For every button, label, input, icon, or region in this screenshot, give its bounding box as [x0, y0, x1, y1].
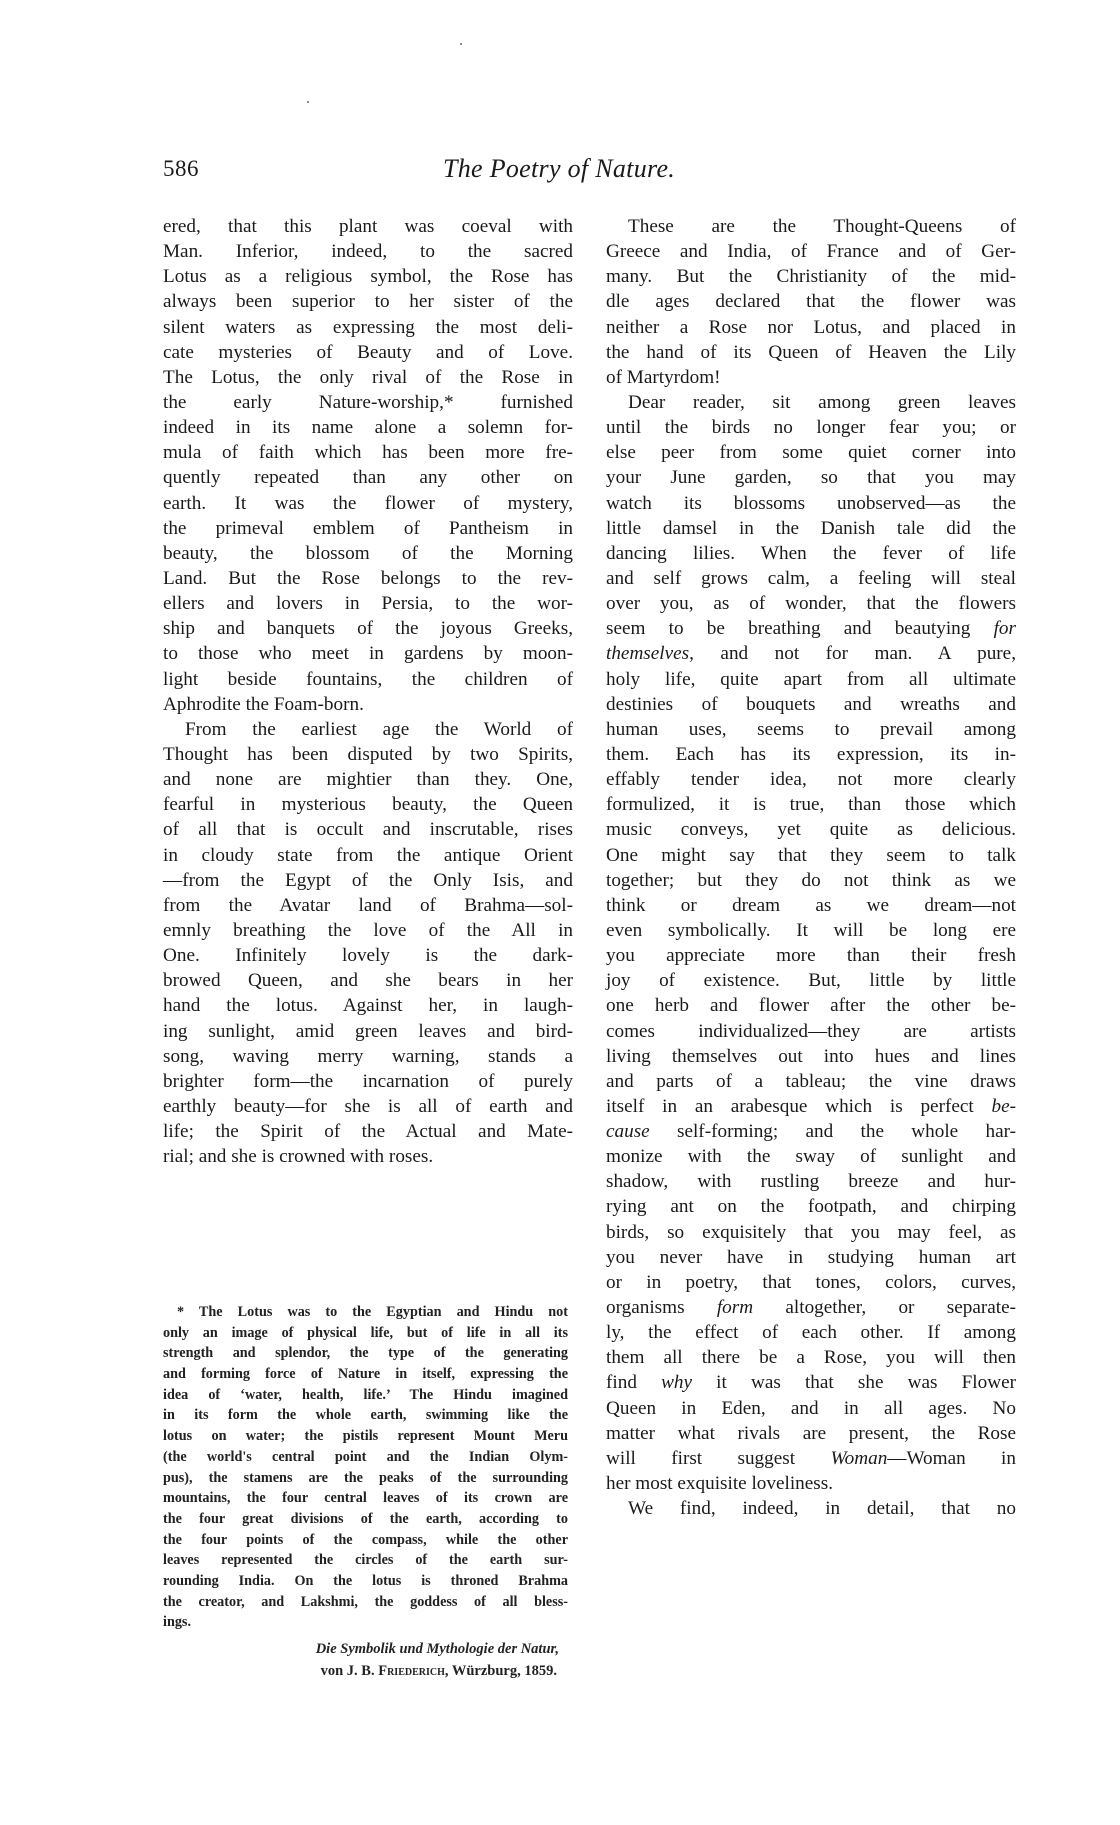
running-head: 586 The Poetry of Nature. — [163, 156, 1020, 188]
text-line: them all there be a Rose, you will then — [606, 1345, 1016, 1370]
text-line: to those who meet in gardens by moon- — [163, 641, 573, 666]
text-line: human uses, seems to prevail among — [606, 717, 1016, 742]
right-column: These are the Thought-Queens of Greece a… — [606, 214, 1016, 1521]
text-line: Man. Inferior, indeed, to the sacred — [163, 239, 573, 264]
footnote-line: the four great divisions of the earth, a… — [163, 1509, 568, 1530]
footnote-line: (the world's central point and the India… — [163, 1447, 568, 1468]
text-line: living themselves out into hues and line… — [606, 1044, 1016, 1069]
text-line: even symbolically. It will be long ere — [606, 918, 1016, 943]
text-line: shadow, with rustling breeze and hur- — [606, 1169, 1016, 1194]
footnote-line: leaves represented the circles of the ea… — [163, 1550, 568, 1571]
text-line: The Lotus, the only rival of the Rose in — [163, 365, 573, 390]
footnote-line: in its form the whole earth, swimming li… — [163, 1405, 568, 1426]
text-line: effably tender idea, not more clearly — [606, 767, 1016, 792]
running-title: The Poetry of Nature. — [443, 154, 675, 184]
text-line: over you, as of wonder, that the flowers — [606, 591, 1016, 616]
citation-author-suffix: , Würzburg, 1859. — [445, 1663, 557, 1679]
text-line: hand the lotus. Against her, in laugh- — [163, 993, 573, 1018]
italic-run: form — [717, 1297, 753, 1318]
text-run: altogether, or separate- — [753, 1297, 1016, 1318]
footnote-line: * The Lotus was to the Egyptian and Hind… — [163, 1302, 568, 1323]
text-run: itself in an arabesque which is perfect — [606, 1096, 974, 1117]
scan-speck — [307, 101, 309, 103]
text-line: find why it was that she was Flower — [606, 1370, 1016, 1395]
text-line: Greece and India, of France and of Ger- — [606, 239, 1016, 264]
footnote: * The Lotus was to the Egyptian and Hind… — [163, 1302, 568, 1633]
page-number: 586 — [163, 156, 199, 182]
text-line: mula of faith which has been more fre- — [163, 440, 573, 465]
text-line: of all that is occult and inscrutable, r… — [163, 817, 573, 842]
text-line: One might say that they seem to talk — [606, 843, 1016, 868]
text-line: them. Each has its expression, its in- — [606, 742, 1016, 767]
text-line: joy of existence. But, little by little — [606, 968, 1016, 993]
text-line: dle ages declared that the flower was — [606, 289, 1016, 314]
text-line: always been superior to her sister of th… — [163, 289, 573, 314]
text-line: of Martyrdom! — [606, 365, 1016, 390]
text-line: monize with the sway of sunlight and — [606, 1144, 1016, 1169]
text-run: it was that she was Flower — [692, 1372, 1016, 1393]
paragraph-start: From the earliest age the World of — [163, 717, 573, 742]
text-line: fearful in mysterious beauty, the Queen — [163, 792, 573, 817]
footnote-line: idea of ‘water, health, life.’ The Hindu… — [163, 1385, 568, 1406]
citation-title: Die Symbolik und Mythologie der Natur, — [163, 1638, 563, 1660]
text-line: else peer from some quiet corner into — [606, 440, 1016, 465]
footnote-citation: Die Symbolik und Mythologie der Natur, v… — [163, 1638, 563, 1682]
text-line: and parts of a tableau; the vine draws — [606, 1069, 1016, 1094]
text-run: organisms — [606, 1297, 717, 1318]
paragraph-start: These are the Thought-Queens of — [606, 214, 1016, 239]
text-line: and none are mightier than they. One, — [163, 767, 573, 792]
text-line: watch its blossoms unobserved—as the — [606, 491, 1016, 516]
text-run: will first suggest — [606, 1448, 830, 1469]
scan-speck — [460, 43, 462, 45]
text-line: neither a Rose nor Lotus, and placed in — [606, 315, 1016, 340]
text-line: your June garden, so that you may — [606, 465, 1016, 490]
text-line: think or dream as we dream—not — [606, 893, 1016, 918]
text-line: or in poetry, that tones, colors, curves… — [606, 1270, 1016, 1295]
text-line: holy life, quite apart from all ultimate — [606, 667, 1016, 692]
text-line: earthly beauty—for she is all of earth a… — [163, 1094, 573, 1119]
text-line: life; the Spirit of the Actual and Mate- — [163, 1119, 573, 1144]
text-line: ered, that this plant was coeval with — [163, 214, 573, 239]
text-line: browed Queen, and she bears in her — [163, 968, 573, 993]
text-line: will first suggest Woman—Woman in — [606, 1446, 1016, 1471]
citation-author-name: Friederich — [378, 1663, 445, 1679]
paragraph-start: Dear reader, sit among green leaves — [606, 390, 1016, 415]
text-line: the primeval emblem of Pantheism in — [163, 516, 573, 541]
text-line: —from the Egypt of the Only Isis, and — [163, 868, 573, 893]
text-line: Thought has been disputed by two Spirits… — [163, 742, 573, 767]
italic-run: cause — [606, 1121, 650, 1142]
text-line: itself in an arabesque which is perfect … — [606, 1094, 1016, 1119]
text-line: birds, so exquisitely that you may feel,… — [606, 1220, 1016, 1245]
text-line: Lotus as a religious symbol, the Rose ha… — [163, 264, 573, 289]
text-line: Queen in Eden, and in all ages. No — [606, 1396, 1016, 1421]
text-line: light beside fountains, the children of — [163, 667, 573, 692]
text-line: rial; and she is crowned with roses. — [163, 1144, 573, 1169]
text-line: and self grows calm, a feeling will stea… — [606, 566, 1016, 591]
italic-run: themselves — [606, 643, 689, 664]
text-line: cause self-forming; and the whole har- — [606, 1119, 1016, 1144]
left-column: ered, that this plant was coeval with Ma… — [163, 214, 573, 1169]
text-line: organisms form altogether, or separate- — [606, 1295, 1016, 1320]
footnote-line: lotus on water; the pistils represent Mo… — [163, 1426, 568, 1447]
text-line: comes individualized—they are artists — [606, 1019, 1016, 1044]
text-line: together; but they do not think as we — [606, 868, 1016, 893]
text-line: you appreciate more than their fresh — [606, 943, 1016, 968]
text-line: until the birds no longer fear you; or — [606, 415, 1016, 440]
paragraph-start: We find, indeed, in detail, that no — [606, 1496, 1016, 1521]
footnote-line: the creator, and Lakshmi, the goddess of… — [163, 1592, 568, 1613]
text-line: you never have in studying human art — [606, 1245, 1016, 1270]
text-line: the hand of its Queen of Heaven the Lily — [606, 340, 1016, 365]
text-line: from the Avatar land of Brahma—sol- — [163, 893, 573, 918]
footnote-line: pus), the stamens are the peaks of the s… — [163, 1468, 568, 1489]
text-line: ship and banquets of the joyous Greeks, — [163, 616, 573, 641]
text-line: song, waving merry warning, stands a — [163, 1044, 573, 1069]
text-line: dancing lilies. When the fever of life — [606, 541, 1016, 566]
text-line: ing sunlight, amid green leaves and bird… — [163, 1019, 573, 1044]
footnote-line: only an image of physical life, but of l… — [163, 1323, 568, 1344]
footnote-line: rounding India. On the lotus is throned … — [163, 1571, 568, 1592]
italic-run: be- — [992, 1096, 1017, 1117]
text-line: one herb and flower after the other be- — [606, 993, 1016, 1018]
text-line: beauty, the blossom of the Morning — [163, 541, 573, 566]
text-line: matter what rivals are present, the Rose — [606, 1421, 1016, 1446]
text-line: seem to be breathing and beautying for — [606, 616, 1016, 641]
text-line: formulized, it is true, than those which — [606, 792, 1016, 817]
italic-run: why — [661, 1372, 692, 1393]
footnote-line: and forming force of Nature in itself, e… — [163, 1364, 568, 1385]
text-line: silent waters as expressing the most del… — [163, 315, 573, 340]
text-line: emnly breathing the love of the All in — [163, 918, 573, 943]
text-line: brighter form—the incarnation of purely — [163, 1069, 573, 1094]
text-line: many. But the Christianity of the mid- — [606, 264, 1016, 289]
text-line: Land. But the Rose belongs to the rev- — [163, 566, 573, 591]
text-line: quently repeated than any other on — [163, 465, 573, 490]
text-line: the early Nature-worship,* furnished — [163, 390, 573, 415]
document-page: 586 The Poetry of Nature. ered, that thi… — [0, 0, 1120, 1825]
text-line: little damsel in the Danish tale did the — [606, 516, 1016, 541]
text-line: destinies of bouquets and wreaths and — [606, 692, 1016, 717]
text-run: self-forming; and the whole har- — [650, 1121, 1016, 1142]
text-line: earth. It was the flower of mystery, — [163, 491, 573, 516]
text-line: rying ant on the footpath, and chirping — [606, 1194, 1016, 1219]
citation-author-prefix: von J. B. — [321, 1663, 379, 1679]
text-line: ellers and lovers in Persia, to the wor- — [163, 591, 573, 616]
text-run: seem to be breathing and beautying — [606, 618, 970, 639]
text-run: find — [606, 1372, 661, 1393]
footnote-line: ings. — [163, 1612, 568, 1633]
text-run: , and not for man. A pure, — [689, 643, 1016, 664]
text-line: in cloudy state from the antique Orient — [163, 843, 573, 868]
text-line: music conveys, yet quite as delicious. — [606, 817, 1016, 842]
text-line: her most exquisite loveliness. — [606, 1471, 1016, 1496]
text-run: —Woman in — [887, 1448, 1016, 1469]
italic-run: Woman — [830, 1448, 887, 1469]
text-line: themselves, and not for man. A pure, — [606, 641, 1016, 666]
footnote-line: mountains, the four central leaves of it… — [163, 1488, 568, 1509]
footnote-line: strength and splendor, the type of the g… — [163, 1343, 568, 1364]
text-line: Aphrodite the Foam-born. — [163, 692, 573, 717]
footnote-line: the four points of the compass, while th… — [163, 1530, 568, 1551]
text-line: cate mysteries of Beauty and of Love. — [163, 340, 573, 365]
italic-run: for — [994, 618, 1016, 639]
text-line: indeed in its name alone a solemn for- — [163, 415, 573, 440]
citation-author: von J. B. Friederich, Würzburg, 1859. — [163, 1660, 563, 1682]
text-line: One. Infinitely lovely is the dark- — [163, 943, 573, 968]
text-line: ly, the effect of each other. If among — [606, 1320, 1016, 1345]
